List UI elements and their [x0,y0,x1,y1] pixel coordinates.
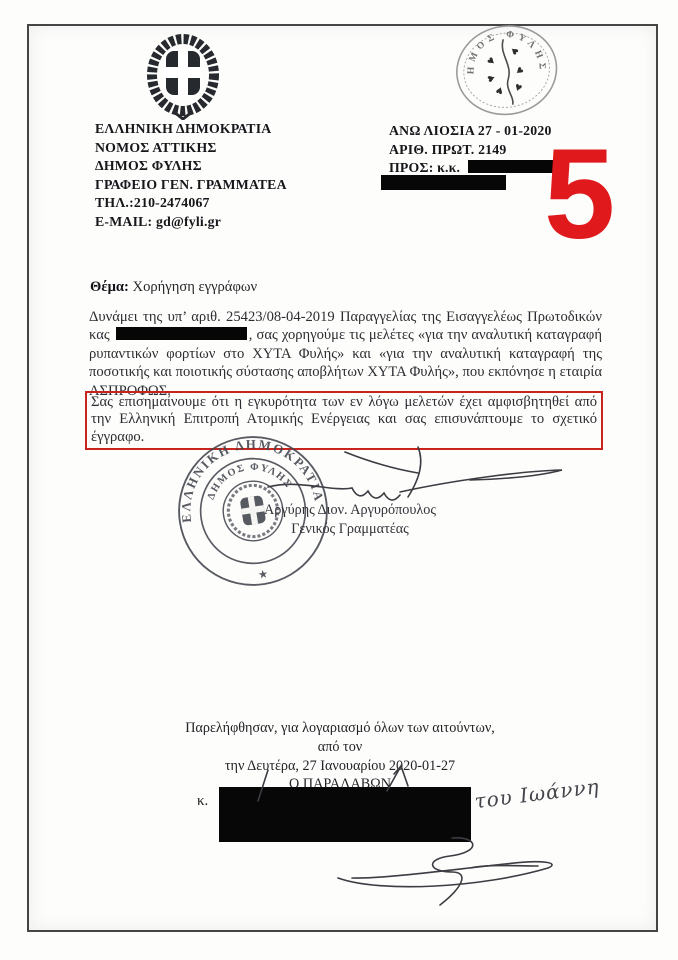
receipt-line-3: την Δευτέρα, 27 Ιανουαρίου 2020-01-27 [130,757,550,776]
signatory-name: Αργύρης Διον. Αργυρόπουλος [243,502,457,519]
sender-line-email: E-MAIL: gd@fyli.gr [95,213,375,232]
sender-line-prefecture: ΝΟΜΟΣ ΑΤΤΙΚΗΣ [95,139,375,158]
receipt-line-2: από τον [130,738,550,757]
redaction-bar [116,327,247,340]
subject-text: Χορήγηση εγγράφων [129,279,257,295]
subject-label: Θέμα: [90,279,129,295]
highlighted-paragraph: Σας επισημαίνουμε ότι η εγκυρότητα των ε… [85,391,603,450]
redaction-bar [468,160,554,173]
ivy-leaf-icon: ♥ [507,44,522,58]
subject-line: Θέμα: Χορήγηση εγγράφων [90,279,257,296]
body-paragraph: Δυνάμει της υπ’ αριθ. 25423/08-04-2019 Π… [89,308,602,400]
page-annotation-number: 5 [544,131,644,259]
sender-header-block: ΕΛΛΗΝΙΚΗ ΔΗΜΟΚΡΑΤΙΑ ΝΟΜΟΣ ΑΤΤΙΚΗΣ ΔΗΜΟΣ … [95,120,375,232]
receipt-line-1: Παρελήφθησαν, για λογαριασμό όλων των αι… [130,719,550,738]
ivy-leaf-icon: ♥ [483,54,498,68]
recipient-prefix: κ. [197,793,208,810]
ivy-leaf-icon: ♥ [483,73,499,84]
redaction-bar [219,787,471,842]
recipient-label: ΠΡΟΣ: κ.κ. [389,160,460,175]
redaction-bar [381,175,506,190]
sender-line-republic: ΕΛΛΗΝΙΚΗ ΔΗΜΟΚΡΑΤΙΑ [95,120,375,139]
sender-line-municipality: ΔΗΜΟΣ ΦΥΛΗΣ [95,157,375,176]
stamp-star-icon: ★ [257,568,269,581]
sender-line-phone: ΤΗΛ.:210-2474067 [95,194,375,213]
receipt-block: Παρελήφθησαν, για λογαριασμό όλων των αι… [130,719,550,794]
signatory-title: Γενικός Γραμματέας [243,521,457,538]
ivy-leaf-icon: ♥ [513,79,524,95]
fyli-ivy-seal-icon: ΔΗΜΟΣ ΦΥΛΗΣ ♥ ♥ ♥ ♥ ♥ ♥ [444,14,571,130]
sender-line-office: ΓΡΑΦΕΙΟ ΓΕΝ. ΓΡΑΜΜΑΤΕΑ [95,176,375,195]
ivy-leaf-icon: ♥ [512,63,527,77]
ivy-leaf-icon: ♥ [494,83,505,99]
greek-coat-of-arms-icon [138,30,228,120]
